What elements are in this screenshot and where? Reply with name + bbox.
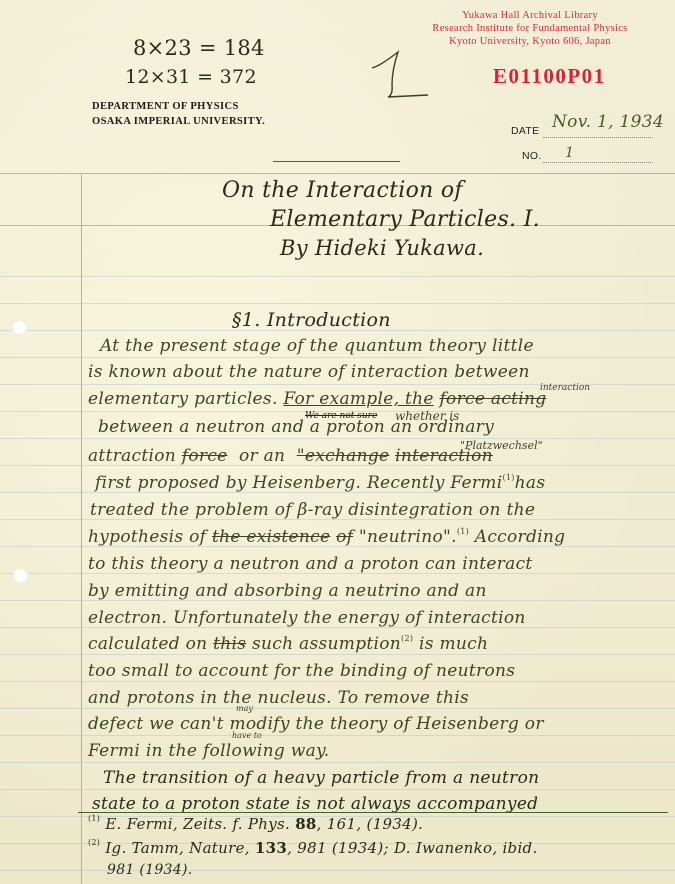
insertion-interaction: interaction — [540, 383, 590, 393]
body-line-6: first proposed by Heisenberg. Recently F… — [95, 473, 545, 493]
struck-exchange: "exchange — [297, 446, 390, 466]
body-line-5: attraction force or an "exchange interac… — [88, 446, 493, 466]
date-underline — [543, 137, 653, 138]
author-line: By Hideki Yukawa. — [280, 236, 484, 260]
section-heading: §1. Introduction — [232, 309, 391, 331]
title-line-1: On the Interaction of — [222, 178, 463, 203]
body-line-9: to this theory a neutron and a proton ca… — [88, 554, 533, 574]
footnote-2-volume: 133 — [255, 839, 287, 857]
body-line-14: and protons in the nucleus. To remove th… — [88, 688, 469, 708]
body-line-12-start: calculated on — [88, 634, 207, 654]
insertion-have-to: have to — [232, 731, 262, 740]
number-label: NO. — [522, 150, 542, 162]
footnote-1-marker: (1) — [88, 814, 100, 823]
struck-this: this — [213, 634, 246, 654]
margin-line — [81, 173, 82, 884]
body-line-1: At the present stage of the quantum theo… — [100, 336, 534, 356]
body-line-15: defect we can't modify the theory of Hei… — [88, 714, 544, 734]
cant-word: can't — [180, 714, 224, 734]
stamp-line-1: Yukawa Hall Archival Library — [405, 9, 655, 22]
body-line-11: electron. Unfortunately the energy of in… — [88, 608, 526, 628]
body-line-17: The transition of a heavy particle from … — [103, 768, 539, 788]
attraction-word: attraction — [88, 446, 176, 466]
manuscript-page: Yukawa Hall Archival Library Research In… — [0, 0, 675, 884]
neutrino-word: "neutrino". — [359, 527, 457, 547]
document-id: E01100P01 — [493, 64, 606, 89]
body-line-10: by emitting and absorbing a neutrino and… — [88, 581, 487, 601]
footnote-ref-1b: (1) — [457, 527, 469, 536]
body-line-18: state to a proton state is not always ac… — [92, 794, 538, 814]
footnote-1-volume: 88 — [295, 815, 316, 833]
footnote-2-marker: (2) — [88, 838, 100, 847]
body-line-12: calculated on this such assumption(2) is… — [88, 634, 488, 654]
calculation-line-2: 12×31 = 372 — [125, 66, 257, 88]
calculation-line-1: 8×23 = 184 — [133, 36, 265, 60]
struck-the-existence: the existence — [212, 527, 330, 547]
blank-rule — [273, 161, 400, 162]
body-line-8-start: hypothesis of — [88, 527, 206, 547]
footnote-1-text: E. Fermi, Zeits. f. Phys. — [105, 815, 290, 833]
body-line-16: Fermi in the following way. — [88, 741, 329, 761]
body-line-2: is known about the nature of interaction… — [88, 362, 530, 382]
archive-stamp: Yukawa Hall Archival Library Research In… — [405, 9, 655, 48]
footnote-ref-1: (1) — [502, 473, 514, 482]
modify-clause: modify the theory of Heisenberg or — [229, 714, 543, 734]
punch-hole-top — [12, 320, 27, 335]
body-line-8: hypothesis of the existence of "neutrino… — [88, 527, 565, 547]
footnote-divider — [78, 812, 668, 813]
number-underline — [543, 162, 653, 163]
number-value: 1 — [565, 145, 574, 161]
footnote-2: (2) Ig. Tamm, Nature, 133, 981 (1934); D… — [88, 839, 538, 857]
letterhead-university: OSAKA IMPERIAL UNIVERSITY. — [92, 116, 265, 127]
header-rule-top — [0, 173, 675, 174]
footnote-2-continuation: 981 (1934). — [107, 862, 192, 878]
body-line-3-strike: force acting — [439, 389, 546, 409]
or-an-words: or an — [239, 446, 285, 466]
such-assumption: such assumption — [252, 634, 401, 654]
page-number-mark-icon — [370, 45, 450, 105]
body-line-4: between a neutron and a proton an ordina… — [98, 417, 494, 437]
date-label: DATE — [511, 125, 539, 137]
date-value: Nov. 1, 1934 — [552, 112, 664, 132]
struck-of: of — [336, 527, 353, 547]
title-line-2: Elementary Particles. I. — [270, 207, 540, 232]
footnote-ref-2: (2) — [401, 634, 413, 643]
letterhead-department: DEPARTMENT OF PHYSICS — [92, 101, 239, 112]
defect-we: defect we — [88, 714, 174, 734]
footnote-2-text: Ig. Tamm, Nature, — [105, 839, 250, 857]
body-line-13: too small to account for the binding of … — [88, 661, 515, 681]
insertion-may: may — [236, 704, 253, 713]
body-line-3: elementary particles. For example, the f… — [88, 389, 546, 409]
struck-interaction: interaction — [395, 446, 493, 466]
body-line-3-middle: For example, the — [283, 389, 433, 409]
footnote-1-rest: , 161, (1934). — [317, 815, 424, 833]
stamp-line-2: Research Institute for Fundamental Physi… — [405, 22, 655, 35]
according-word: According — [475, 527, 566, 547]
is-much: is much — [419, 634, 488, 654]
body-line-6-end: has — [515, 473, 546, 493]
body-line-7: treated the problem of β-ray disintegrat… — [90, 500, 535, 520]
body-line-3-start: elementary particles. — [88, 389, 278, 409]
punch-hole-bottom — [13, 568, 28, 583]
footnote-2-rest: , 981 (1934); D. Iwanenko, ibid. — [287, 839, 537, 857]
footnote-1: (1) E. Fermi, Zeits. f. Phys. 88, 161, (… — [88, 815, 423, 833]
body-line-6-text: first proposed by Heisenberg. Recently F… — [95, 473, 502, 493]
struck-force: force — [182, 446, 228, 466]
